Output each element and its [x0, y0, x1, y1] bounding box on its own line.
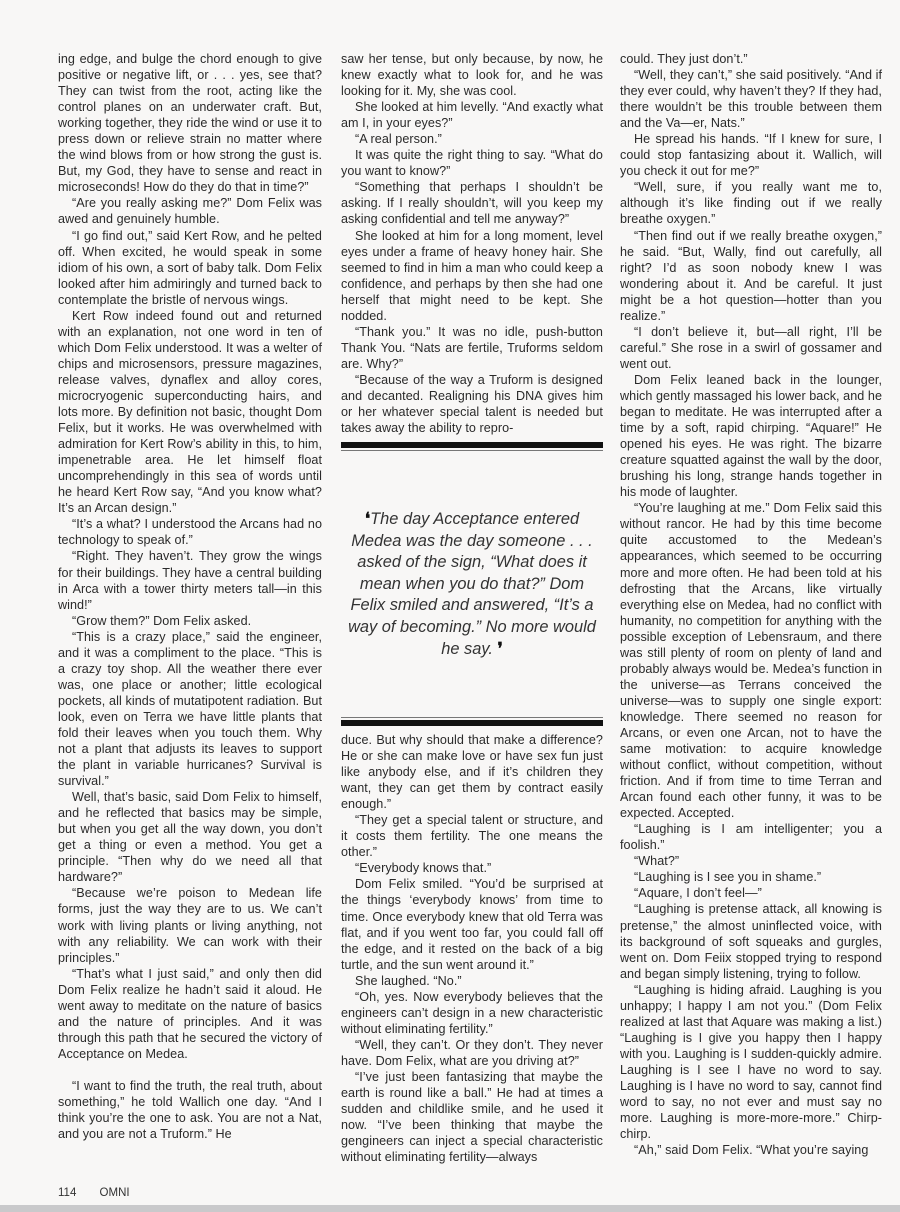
paragraph: “Then find out if we really breathe oxyg…	[620, 228, 882, 324]
paragraph: duce. But why should that make a differe…	[341, 732, 603, 812]
paragraph: “Laughing is hiding afraid. Laughing is …	[620, 982, 882, 1142]
page-footer: 114 OMNI	[58, 1187, 150, 1199]
pull-quote-text: ❛The day Acceptance entered Medea was th…	[341, 509, 603, 660]
divider-rule	[341, 450, 603, 451]
text-column-2-bottom: duce. But why should that make a differe…	[341, 732, 603, 1165]
paragraph: “I don’t believe it, but—all right, I’ll…	[620, 324, 882, 372]
close-quote-icon: ❜	[497, 640, 502, 658]
paragraph: “Are you really asking me?” Dom Felix wa…	[58, 195, 322, 227]
paragraph: “Because we’re poison to Medean life for…	[58, 885, 322, 965]
divider-rule	[341, 442, 603, 448]
paragraph: “What?”	[620, 853, 882, 869]
paragraph: “Laughing is I see you in shame.”	[620, 869, 882, 885]
paragraph: “Well, they can’t,” she said positively.…	[620, 67, 882, 131]
paragraph: “Well, sure, if you really want me to, a…	[620, 179, 882, 227]
paragraph: “It’s a what? I understood the Arcans ha…	[58, 516, 322, 548]
paragraph: Dom Felix smiled. “You’d be surprised at…	[341, 876, 603, 972]
paragraph: “Thank you.” It was no idle, push-button…	[341, 324, 603, 372]
publication-name: OMNI	[100, 1187, 130, 1199]
paragraph: She looked at him levelly. “And exactly …	[341, 99, 603, 131]
scan-edge	[0, 1205, 900, 1212]
paragraph: Dom Felix leaned back in the lounger, wh…	[620, 372, 882, 500]
paragraph: “A real person.”	[341, 131, 603, 147]
paragraph: “I go find out,” said Kert Row, and he p…	[58, 228, 322, 308]
text-column-3: could. They just don’t.” “Well, they can…	[620, 51, 882, 1158]
paragraph: ing edge, and bulge the chord enough to …	[58, 51, 322, 195]
paragraph: “They get a special talent or structure,…	[341, 812, 603, 860]
paragraph: “I want to find the truth, the real trut…	[58, 1078, 322, 1142]
paragraph: He spread his hands. “If I knew for sure…	[620, 131, 882, 179]
paragraph: “Something that perhaps I shouldn’t be a…	[341, 179, 603, 227]
paragraph: “I’ve just been fantasizing that maybe t…	[341, 1069, 603, 1165]
paragraph: It was quite the right thing to say. “Wh…	[341, 147, 603, 179]
paragraph: She looked at him for a long moment, lev…	[341, 228, 603, 324]
paragraph: “Laughing is pretense attack, all knowin…	[620, 901, 882, 981]
paragraph: “That’s what I just said,” and only then…	[58, 966, 322, 1062]
paragraph: “Laughing is I am intelligenter; you a f…	[620, 821, 882, 853]
paragraph: “Well, they can’t. Or they don’t. They n…	[341, 1037, 603, 1069]
pull-quote: ❛The day Acceptance entered Medea was th…	[341, 442, 603, 660]
text-column-1: ing edge, and bulge the chord enough to …	[58, 51, 322, 1142]
divider-rule	[341, 720, 603, 726]
paragraph: She laughed. “No.”	[341, 973, 603, 989]
page-number: 114	[58, 1187, 76, 1199]
paragraph: “Oh, yes. Now everybody believes that th…	[341, 989, 603, 1037]
text-column-2-top: saw her tense, but only because, by now,…	[341, 51, 603, 436]
paragraph: “Everybody knows that.”	[341, 860, 603, 876]
paragraph: “Grow them?” Dom Felix asked.	[58, 613, 322, 629]
paragraph: “You’re laughing at me.” Dom Felix said …	[620, 500, 882, 821]
paragraph: could. They just don’t.”	[620, 51, 882, 67]
paragraph: “Aquare, I don’t feel—”	[620, 885, 882, 901]
paragraph: “This is a crazy place,” said the engine…	[58, 629, 322, 789]
paragraph: “Right. They haven’t. They grow the wing…	[58, 548, 322, 612]
paragraph: Well, that’s basic, said Dom Felix to hi…	[58, 789, 322, 885]
paragraph: saw her tense, but only because, by now,…	[341, 51, 603, 99]
magazine-page: ing edge, and bulge the chord enough to …	[0, 0, 900, 1205]
paragraph: “Ah,” said Dom Felix. “What you’re sayin…	[620, 1142, 882, 1158]
divider-rule	[341, 717, 603, 718]
paragraph: Kert Row indeed found out and returned w…	[58, 308, 322, 517]
paragraph: “Because of the way a Truform is designe…	[341, 372, 603, 436]
